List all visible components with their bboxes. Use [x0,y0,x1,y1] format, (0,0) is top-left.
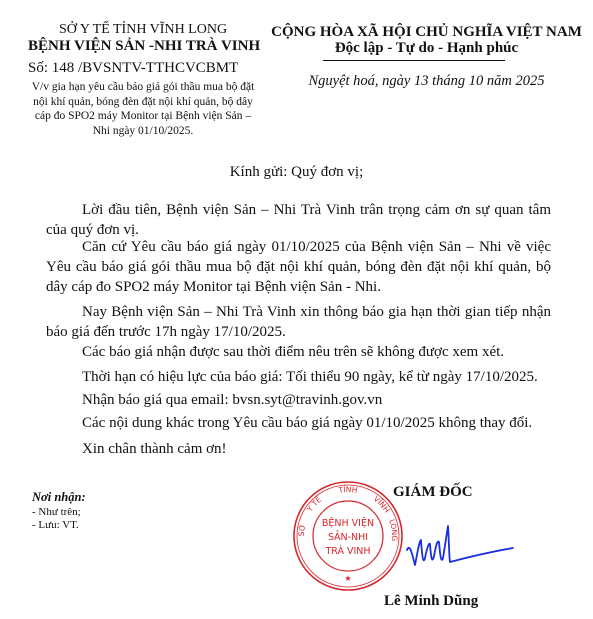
stamp-left-text: Y TẾ [305,494,324,514]
recipient-item: - Như trên; [32,506,81,518]
line-unchanged: Các nội dung khác trong Yêu cầu báo giá … [82,415,532,432]
national-title: CỘNG HÒA XÃ HỘI CHỦ NGHĨA VIỆT NAM [270,24,583,41]
hospital-name: BỆNH VIỆN SẢN -NHI TRÀ VINH [28,38,258,55]
line-late-quotes: Các báo giá nhận được sau thời điểm nêu … [82,344,504,361]
document-subject: V/v gia hạn yêu cầu báo giá gói thầu mua… [28,80,258,138]
salutation: Kính gửi: Quý đơn vị; [0,164,593,181]
paragraph-extension: Nay Bệnh viện Sản – Nhi Trà Vinh xin thô… [46,302,551,342]
motto-underline [323,60,505,61]
paragraph-basis: Căn cứ Yêu cầu báo giá ngày 01/10/2025 c… [46,237,551,297]
svg-text:Y TẾ: Y TẾ [305,494,324,514]
signer-title: GIÁM ĐỐC [393,484,473,501]
signer-name: Lê Minh Dũng [384,593,478,610]
handwritten-signature [405,520,515,575]
paragraph-thanks: Lời đầu tiên, Bệnh viện Sản – Nhi Trà Vi… [46,200,551,240]
line-email: Nhận báo giá qua email: bvsn.syt@travinh… [82,392,382,409]
ministry-name: SỞ Y TẾ TỈNH VĨNH LONG [28,22,258,38]
place-date: Nguyệt hoá, ngày 13 tháng 10 năm 2025 [270,73,583,90]
stamp-center-line: BỆNH VIỆN [322,517,374,529]
recipients-title: Nơi nhận: [32,490,86,505]
stamp-center-line: SẢN-NHI [328,531,368,543]
document-number: Số: 148 /BVSNTV-TTHCVCBMT [28,60,238,77]
star-icon: ★ [344,574,351,583]
recipient-item: - Lưu: VT. [32,519,79,531]
svg-text:TỈNH: TỈNH [337,485,358,495]
line-validity: Thời hạn có hiệu lực của báo giá: Tối th… [82,369,538,386]
stamp-top-text: TỈNH [337,485,358,495]
national-motto: Độc lập - Tự do - Hạnh phúc [270,40,583,57]
line-closing: Xin chân thành cảm ơn! [82,441,227,458]
stamp-center-line: TRÀ VINH [324,545,370,557]
official-stamp: TỈNH Y TẾ VĨNH SỞ LONG BỆNH VIỆN SẢN-NHI… [292,480,404,592]
